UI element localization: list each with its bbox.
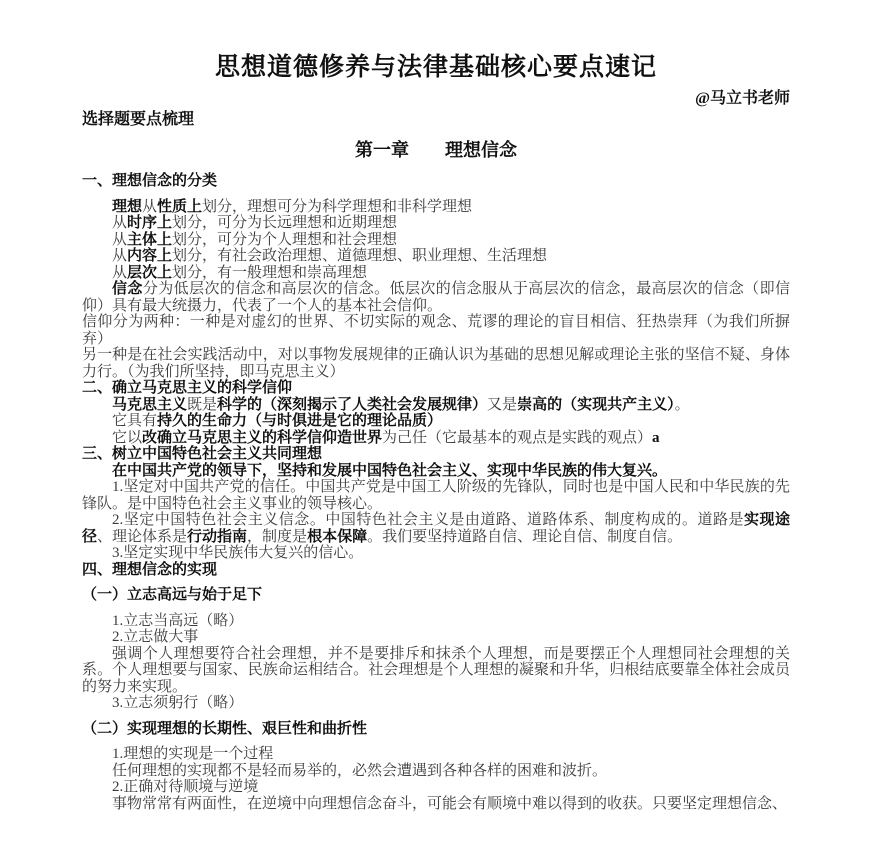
text-run: 既是 bbox=[187, 397, 217, 413]
text-run: 四、理想信念的实现 bbox=[82, 562, 217, 578]
paragraph: 3.立志须躬行（略） bbox=[82, 695, 790, 712]
text-run: 信仰分为两种：一种是对虚幻的世界、不切实际的观念、荒谬的理论的盲目相信、狂热崇拜… bbox=[82, 314, 790, 347]
paragraph: 信仰分为两种：一种是对虚幻的世界、不切实际的观念、荒谬的理论的盲目相信、狂热崇拜… bbox=[82, 314, 790, 347]
text-run: 持久的生命力（与时俱进是它的理论品质） bbox=[157, 413, 442, 429]
paragraph: 2.坚定中国特色社会主义信念。中国特色社会主义是由道路、道路体系、制度构成的。道… bbox=[82, 512, 790, 545]
text-run: 在中国共产党的领导下，坚持和发展中国特色社会主义、实现中华民族的伟大复兴。 bbox=[112, 463, 667, 479]
text-run: 层次上 bbox=[127, 265, 172, 281]
paragraph: 从层次上划分，有一般理想和崇高理想 bbox=[82, 265, 790, 282]
text-run: 划分，可分为个人理想和社会理想 bbox=[172, 232, 397, 248]
section-heading: 一、理想信念的分类 bbox=[82, 173, 790, 190]
text-run: （二）实现理想的长期性、艰巨性和曲折性 bbox=[82, 721, 367, 737]
document-page: 思想道德修养与法律基础核心要点速记 @马立书老师 选择题要点梳理 第一章 理想信… bbox=[0, 0, 870, 842]
text-run: （一）立志高远与始于足下 bbox=[82, 587, 262, 603]
text-run: 2.坚定中国特色社会主义信念。中国特色社会主义是由道路、道路体系、制度构成的。道… bbox=[112, 512, 744, 528]
text-run: 马克思主义 bbox=[112, 397, 187, 413]
text-run: 。我们要坚持道路自信、理论自信、制度自信。 bbox=[367, 529, 682, 545]
text-run: 。 bbox=[675, 397, 690, 413]
text-run: 从 bbox=[112, 265, 127, 281]
paragraph: 从内容上划分，有社会政治理想、道德理想、职业理想、生活理想 bbox=[82, 248, 790, 265]
text-run: 二、确立马克思主义的科学信仰 bbox=[82, 380, 292, 396]
text-run: 从 bbox=[112, 215, 127, 231]
text-run: 信念 bbox=[112, 281, 143, 297]
text-run: 从 bbox=[112, 232, 127, 248]
text-run: 1.坚定对中国共产党的信任。中国共产党是中国工人阶级的先锋队，同时也是中国人民和… bbox=[82, 479, 790, 512]
text-run: a bbox=[652, 430, 660, 446]
paragraph: 信念分为低层次的信念和高层次的信念。低层次的信念服从于高层次的信念，最高层次的信… bbox=[82, 281, 790, 314]
author-byline: @马立书老师 bbox=[82, 89, 790, 108]
text-run: 划分，理想可分为科学理想和非科学理想 bbox=[202, 199, 472, 215]
text-run: 又是 bbox=[487, 397, 517, 413]
paragraph: 从时序上划分，可分为长远理想和近期理想 bbox=[82, 215, 790, 232]
paragraph: 2.立志做大事 bbox=[82, 629, 790, 646]
text-run: 、理论体系是 bbox=[97, 529, 187, 545]
chapter-heading: 第一章 理想信念 bbox=[82, 139, 790, 161]
text-run: 划分，有一般理想和崇高理想 bbox=[172, 265, 367, 281]
text-run: 为己任（它最基本的观点是实践的观点） bbox=[382, 430, 652, 446]
text-run: 划分，可分为长远理想和近期理想 bbox=[172, 215, 397, 231]
text-run: 崇高的（实现共产主义） bbox=[517, 397, 675, 413]
text-run: 根本保障 bbox=[307, 529, 367, 545]
sub-heading: （一）立志高远与始于足下 bbox=[82, 587, 790, 604]
paragraph: 马克思主义既是科学的（深刻揭示了人类社会发展规律）又是崇高的（实现共产主义）。 bbox=[82, 397, 790, 414]
text-run: 内容上 bbox=[127, 248, 172, 264]
section-heading: 三、树立中国特色社会主义共同理想 bbox=[82, 446, 790, 463]
text-run: 它具有 bbox=[112, 413, 157, 429]
paragraph: 理想从性质上划分，理想可分为科学理想和非科学理想 bbox=[82, 199, 790, 216]
paragraph: 1.理想的实现是一个过程 bbox=[82, 746, 790, 763]
text-run: 2.立志做大事 bbox=[112, 629, 198, 645]
text-run: 主体上 bbox=[127, 232, 172, 248]
text-run: ，制度是 bbox=[247, 529, 307, 545]
text-run: 1.立志当高远（略） bbox=[112, 613, 243, 629]
text-run: 强调个人理想要符合社会理想，并不是要排斥和抹杀个人理想，而是要摆正个人理想同社会… bbox=[82, 646, 790, 695]
document-body: 一、理想信念的分类理想从性质上划分，理想可分为科学理想和非科学理想从时序上划分，… bbox=[82, 173, 790, 812]
paragraph: 在中国共产党的领导下，坚持和发展中国特色社会主义、实现中华民族的伟大复兴。 bbox=[82, 463, 790, 480]
text-run: 改确立马克思主义的科学信仰造世界 bbox=[142, 430, 382, 446]
section-heading: 二、确立马克思主义的科学信仰 bbox=[82, 380, 790, 397]
text-run: 3.坚定实现中华民族伟大复兴的信心。 bbox=[112, 545, 363, 561]
text-run: 从 bbox=[142, 199, 157, 215]
paragraph: 任何理想的实现都不是轻而易举的，必然会遭遇到各种各样的困难和波折。 bbox=[82, 763, 790, 780]
paragraph: 3.坚定实现中华民族伟大复兴的信心。 bbox=[82, 545, 790, 562]
paragraph: 它以改确立马克思主义的科学信仰造世界为己任（它最基本的观点是实践的观点）a bbox=[82, 430, 790, 447]
section-heading: 四、理想信念的实现 bbox=[82, 562, 790, 579]
paragraph: 2.正确对待顺境与逆境 bbox=[82, 779, 790, 796]
paragraph: 它具有持久的生命力（与时俱进是它的理论品质） bbox=[82, 413, 790, 430]
paragraph: 从主体上划分，可分为个人理想和社会理想 bbox=[82, 232, 790, 249]
text-run: 科学的（深刻揭示了人类社会发展规律） bbox=[217, 397, 487, 413]
paragraph: 1.坚定对中国共产党的信任。中国共产党是中国工人阶级的先锋队，同时也是中国人民和… bbox=[82, 479, 790, 512]
text-run: 分为低层次的信念和高层次的信念。低层次的信念服从于高层次的信念，最高层次的信念（… bbox=[82, 281, 790, 314]
text-run: 一、理想信念的分类 bbox=[82, 173, 217, 189]
text-run: 理想 bbox=[112, 199, 142, 215]
text-run: 2.正确对待顺境与逆境 bbox=[112, 779, 258, 795]
text-run: 行动指南 bbox=[187, 529, 247, 545]
text-run: 时序上 bbox=[127, 215, 172, 231]
text-run: 事物常常有两面性，在逆境中向理想信念奋斗，可能会有顺境中难以得到的收获。只要坚定… bbox=[112, 796, 787, 812]
text-run: 性质上 bbox=[157, 199, 202, 215]
text-run: 三、树立中国特色社会主义共同理想 bbox=[82, 446, 322, 462]
text-run: 另一种是在社会实践活动中，对以事物发展规律的正确认识为基础的思想见解或理论主张的… bbox=[82, 347, 790, 380]
paragraph: 另一种是在社会实践活动中，对以事物发展规律的正确认识为基础的思想见解或理论主张的… bbox=[82, 347, 790, 380]
text-run: 它以 bbox=[112, 430, 142, 446]
document-title: 思想道德修养与法律基础核心要点速记 bbox=[82, 52, 790, 83]
text-run: 任何理想的实现都不是轻而易举的，必然会遭遇到各种各样的困难和波折。 bbox=[112, 763, 607, 779]
paragraph: 1.立志当高远（略） bbox=[82, 613, 790, 630]
text-run: 划分，有社会政治理想、道德理想、职业理想、生活理想 bbox=[172, 248, 547, 264]
text-run: 1.理想的实现是一个过程 bbox=[112, 746, 273, 762]
paragraph: 事物常常有两面性，在逆境中向理想信念奋斗，可能会有顺境中难以得到的收获。只要坚定… bbox=[82, 796, 790, 813]
text-run: 从 bbox=[112, 248, 127, 264]
sub-heading: （二）实现理想的长期性、艰巨性和曲折性 bbox=[82, 721, 790, 738]
paragraph: 强调个人理想要符合社会理想，并不是要排斥和抹杀个人理想，而是要摆正个人理想同社会… bbox=[82, 646, 790, 696]
text-run: 3.立志须躬行（略） bbox=[112, 695, 243, 711]
section-subtitle: 选择题要点梳理 bbox=[82, 110, 790, 129]
